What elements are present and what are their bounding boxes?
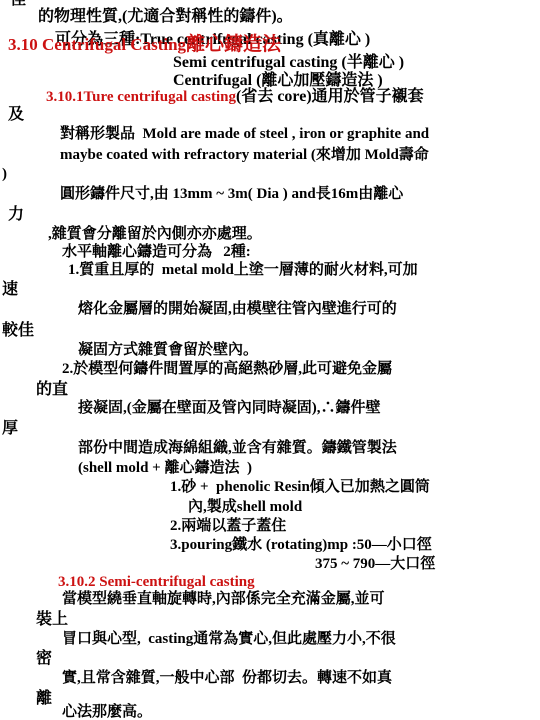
list-item-2: 2.於模型何鑄件間置厚的高絕熱砂層,此可避免金屬 — [62, 361, 392, 378]
list-item-1: 1.質重且厚的 metal mold上塗一層薄的耐火材料,可加 — [68, 262, 418, 279]
section-label: 3.10.1Ture centrifugal casting — [46, 89, 236, 105]
sub-list-item-3: 3.pouring鐵水 (rotating)mp :50—小口徑 — [170, 537, 432, 554]
margin-char: 裝上 — [36, 611, 68, 629]
section-heading-3-10-1: 3.10.1Ture centrifugal casting(省去 core)通… — [46, 88, 424, 106]
margin-char: 厚 — [2, 420, 18, 438]
body-line: 冒口與心型, casting通常為實心,但此處壓力小,不很 — [62, 631, 396, 648]
body-line: 實,且常含雜質,一般中心部 份都切去。轉速不如真 — [62, 670, 392, 687]
body-line: 圓形鑄件尺寸,由 13mm ~ 3m( Dia ) and長16m由離心 — [60, 186, 403, 203]
section-title-zh: 離心鑄造法 — [186, 34, 281, 55]
body-line: 對稱形製品 Mold are made of steel , iron or g… — [60, 126, 429, 143]
margin-char: 密 — [36, 650, 52, 668]
margin-char: 的直 — [36, 381, 68, 399]
body-line: maybe coated with refractory material (來… — [60, 147, 429, 164]
sub-list-item-1: 1.砂 + phenolic Resin傾入已加熱之圓筒 — [170, 479, 430, 496]
body-line: 的物理性質,(尤適合對稱性的鑄件)。 — [38, 8, 293, 26]
margin-char: 佳 — [10, 0, 26, 9]
margin-char: 離 — [36, 690, 52, 708]
margin-char: 較佳 — [2, 322, 34, 340]
body-line: 接凝固,(金屬在壁面及管內同時凝固),∴鑄件壁 — [78, 400, 381, 417]
slide-page: 佳 的物理性質,(尤適合對稱性的鑄件)。 可分為三種:True centrifu… — [0, 0, 540, 720]
margin-char: ) — [2, 166, 7, 183]
body-line: 內,製成shell mold — [188, 499, 302, 516]
section-heading-3-10-2: 3.10.2 Semi-centrifugal casting — [58, 574, 255, 591]
body-line: 凝固方式雜質會留於壁內。 — [78, 342, 258, 359]
body-line: 當模型繞垂直軸旋轉時,內部係完全充滿金屬,並可 — [62, 591, 385, 608]
body-line: 心法那麼高。 — [62, 704, 152, 720]
section-heading-3-10: 3.10 Centrifugal Casting離心鑄造法 — [8, 34, 281, 56]
section-number: 3.10 — [8, 35, 42, 54]
sub-list-item-2: 2.兩端以蓋子蓋住 — [170, 518, 286, 535]
body-line: 375 ~ 790—大口徑 — [315, 556, 435, 573]
body-line: 水平軸離心鑄造可分為 2種: — [62, 244, 251, 261]
margin-char: 力 — [8, 206, 24, 224]
body-line: (shell mold + 離心鑄造法 ) — [78, 460, 252, 477]
body-line: Semi centrifugal casting (半離心 ) — [173, 54, 404, 72]
body-line: ,雜質會分離留於內側亦亦處理。 — [48, 226, 262, 243]
margin-char: 及 — [8, 106, 24, 124]
margin-char: 速 — [2, 281, 18, 299]
body-line: 部份中間造成海綿組織,並含有雜質。鑄鐵管製法 — [78, 440, 397, 457]
section-suffix: (省去 core)通用於管子襯套 — [236, 88, 424, 105]
section-title-en: Centrifugal Casting — [42, 35, 186, 54]
body-line: 熔化金屬層的開始凝固,由模壁往管內壁進行可的 — [78, 301, 397, 318]
